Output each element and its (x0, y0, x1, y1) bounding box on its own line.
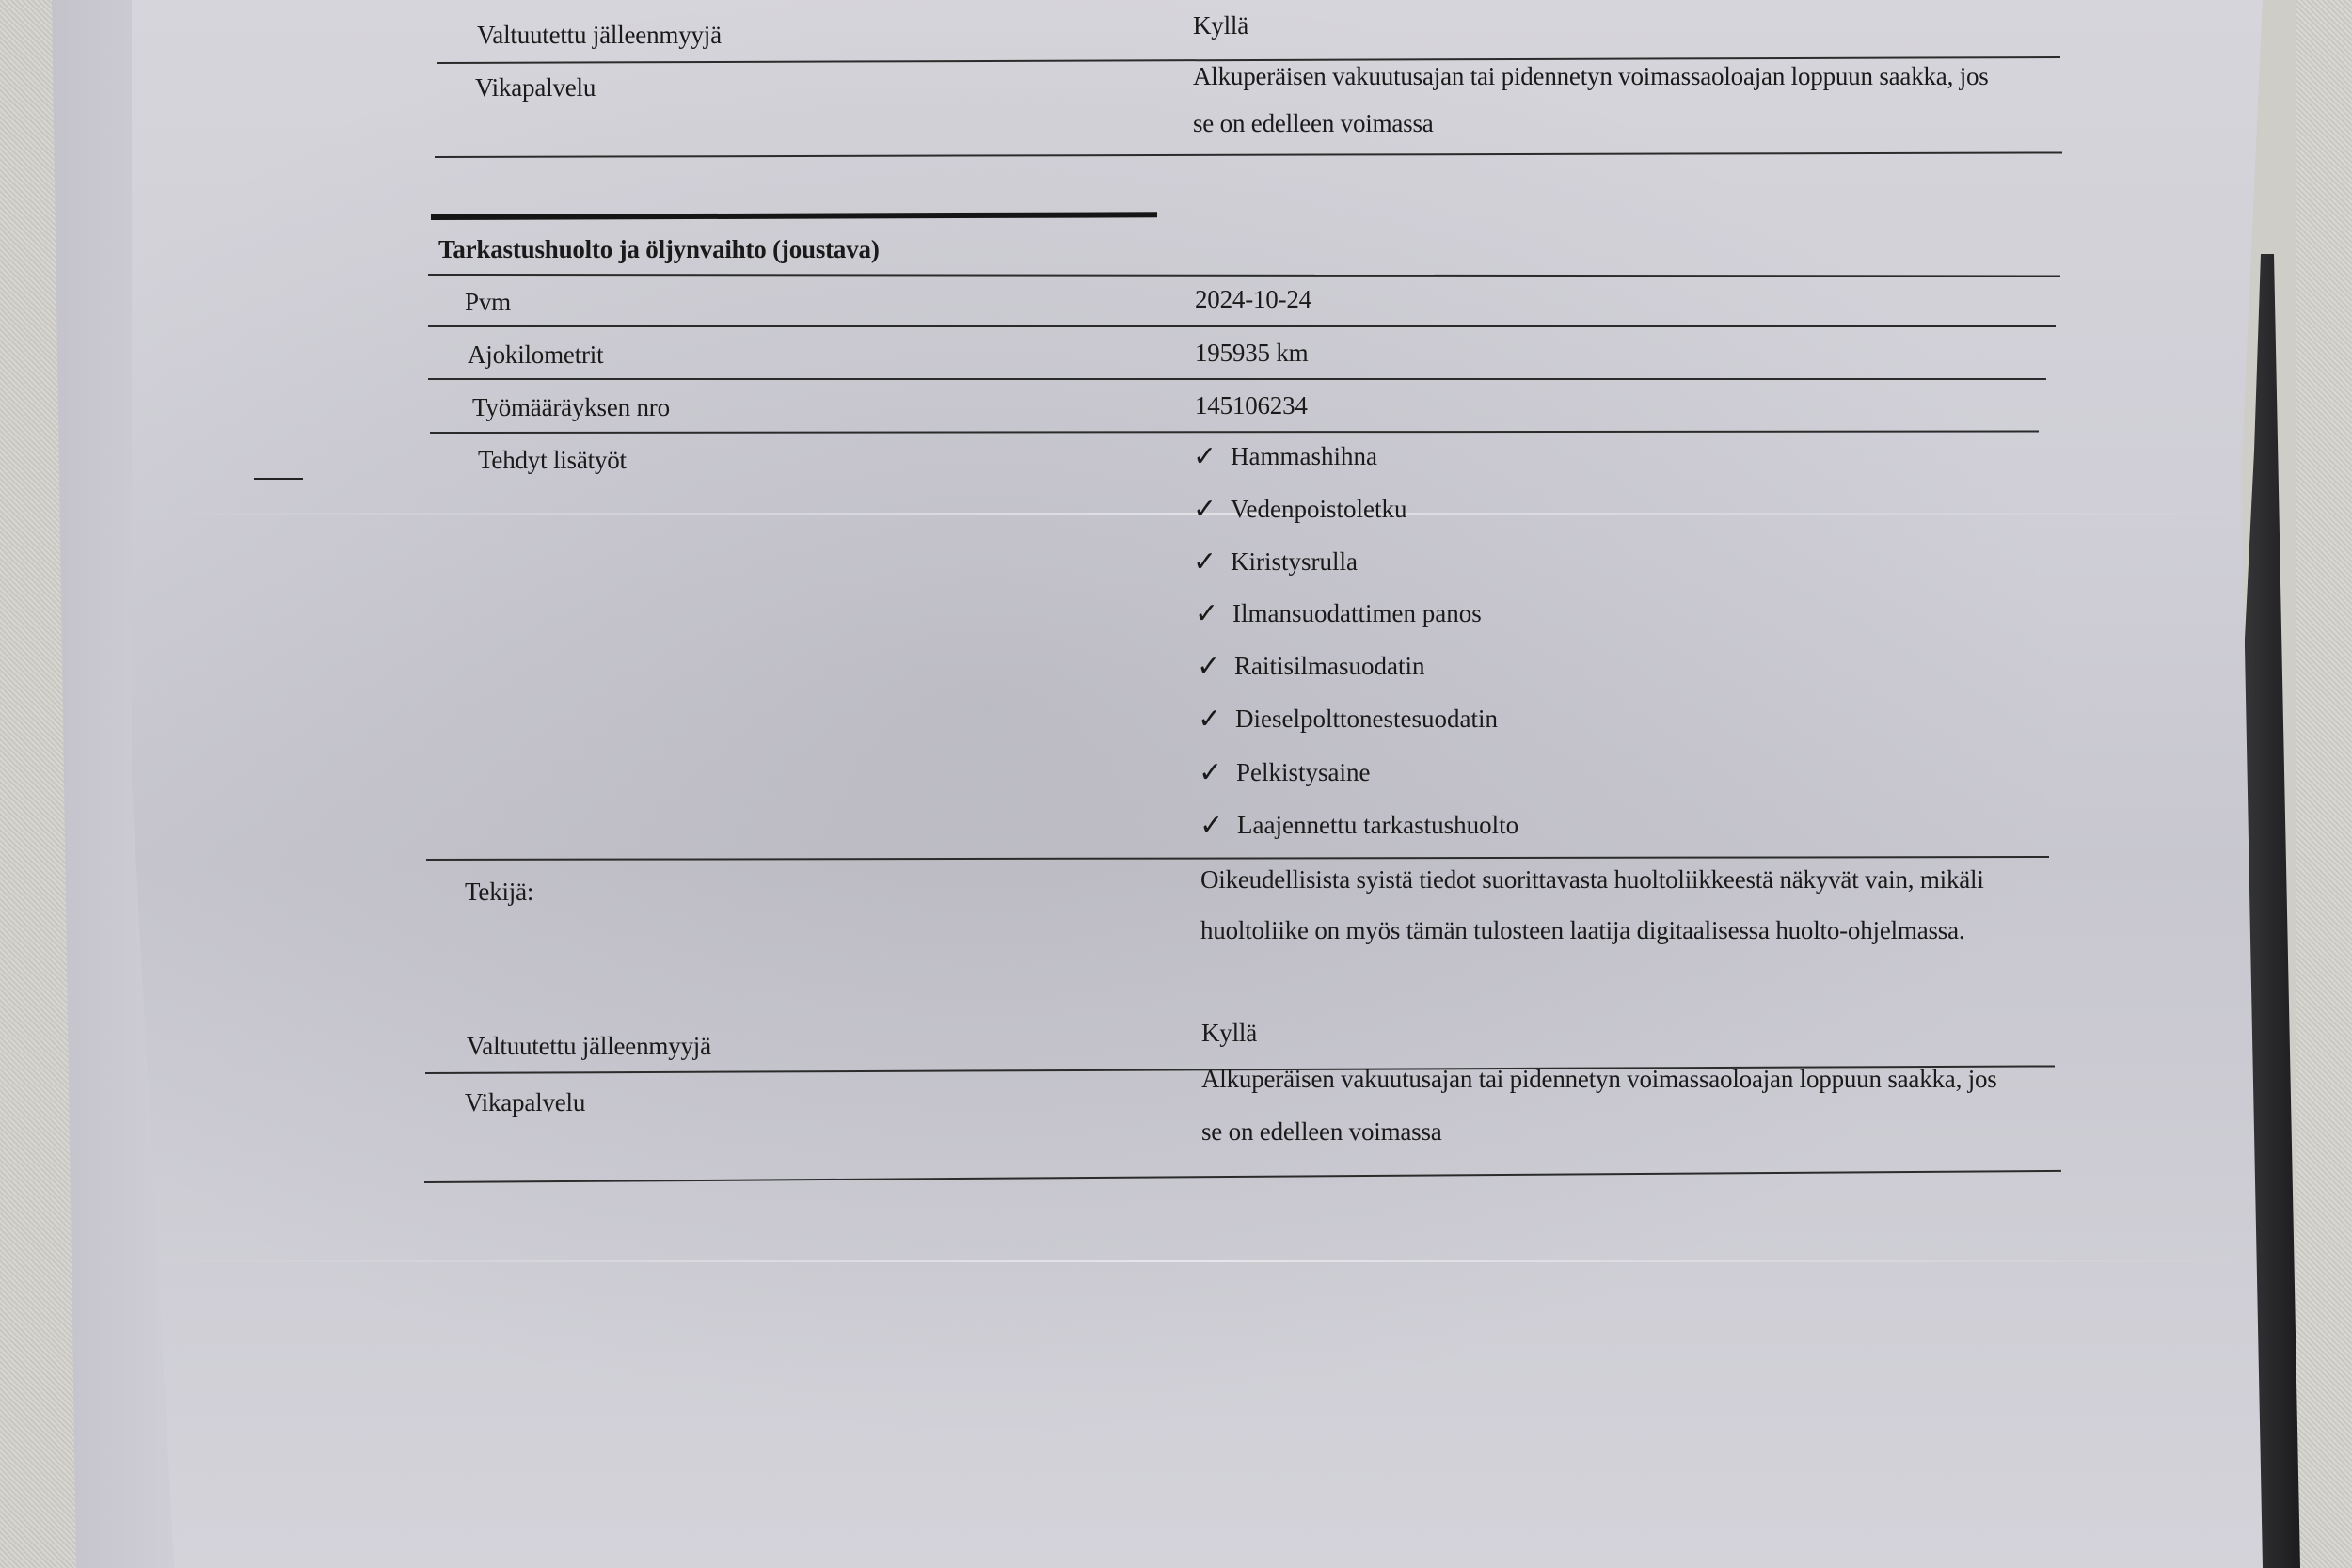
margin-mark (254, 478, 303, 480)
check-icon: ✓ (1193, 443, 1231, 471)
value-date: 2024-10-24 (1195, 285, 1311, 314)
checklist-item: ✓ Hammashihna (1193, 442, 1377, 471)
value-breakdown-service-top-line2: se on edelleen voimassa (1193, 109, 1434, 138)
check-icon: ✓ (1200, 812, 1237, 840)
check-icon: ✓ (1199, 759, 1236, 787)
divider (426, 856, 2049, 861)
value-work-order: 145106234 (1195, 391, 1308, 420)
divider (424, 1170, 2061, 1183)
divider (430, 431, 2039, 434)
checklist-item-label: Pelkistysaine (1236, 758, 1371, 787)
label-breakdown-service: Vikapalvelu (465, 1088, 585, 1117)
checklist-item: ✓ Laajennettu tarkastushuolto (1200, 811, 1518, 840)
label-additional-work: Tehdyt lisätyöt (478, 446, 627, 475)
checklist-item: ✓ Dieselpolttonestesuodatin (1198, 705, 1498, 734)
section-separator (431, 212, 1157, 220)
label-authorized-dealer-top: Valtuutettu jälleenmyyjä (477, 21, 722, 50)
value-authorized-dealer-top: Kyllä (1193, 11, 1248, 40)
checklist-item-label: Laajennettu tarkastushuolto (1237, 811, 1518, 840)
label-date: Pvm (465, 288, 511, 317)
check-icon: ✓ (1198, 705, 1235, 734)
divider (428, 274, 2060, 277)
checklist-item-label: Dieselpolttonestesuodatin (1235, 705, 1498, 734)
check-icon: ✓ (1197, 653, 1234, 681)
checklist-item-label: Ilmansuodattimen panos (1232, 599, 1482, 628)
value-breakdown-service-line2: se on edelleen voimassa (1201, 1117, 1442, 1147)
divider (428, 378, 2046, 380)
label-performer: Tekijä: (465, 878, 533, 907)
checklist-item: ✓ Ilmansuodattimen panos (1195, 599, 1482, 628)
label-breakdown-service-top: Vikapalvelu (475, 73, 596, 103)
value-performer-line1: Oikeudellisista syistä tiedot suorittava… (1200, 865, 1984, 895)
checklist-item: ✓ Vedenpoistoletku (1193, 495, 1406, 524)
check-icon: ✓ (1195, 600, 1232, 628)
value-performer-line2: huoltoliike on myös tämän tulosteen laat… (1200, 916, 1964, 945)
value-mileage: 195935 km (1195, 339, 1308, 368)
check-icon: ✓ (1193, 496, 1231, 524)
label-work-order: Työmääräyksen nro (472, 393, 670, 422)
checklist-item-label: Kiristysrulla (1231, 547, 1358, 577)
section-title: Tarkastushuolto ja öljynvaihto (joustava… (438, 235, 880, 264)
service-record-document: Valtuutettu jälleenmyyjä Kyllä Vikapalve… (0, 0, 2352, 1568)
label-mileage: Ajokilometrit (468, 341, 603, 370)
value-breakdown-service-top-line1: Alkuperäisen vakuutusajan tai pidennetyn… (1193, 62, 1989, 91)
value-authorized-dealer: Kyllä (1201, 1019, 1257, 1048)
label-authorized-dealer: Valtuutettu jälleenmyyjä (467, 1032, 711, 1061)
checklist-item: ✓ Kiristysrulla (1193, 547, 1358, 577)
divider (428, 325, 2056, 327)
checklist-item-label: Raitisilmasuodatin (1234, 652, 1425, 681)
check-icon: ✓ (1193, 548, 1231, 577)
checklist-item-label: Vedenpoistoletku (1231, 495, 1406, 524)
value-breakdown-service-line1: Alkuperäisen vakuutusajan tai pidennetyn… (1201, 1065, 1997, 1094)
checklist-item-label: Hammashihna (1231, 442, 1377, 471)
checklist-item: ✓ Pelkistysaine (1199, 758, 1371, 787)
checklist-item: ✓ Raitisilmasuodatin (1197, 652, 1425, 681)
divider (435, 151, 2062, 158)
